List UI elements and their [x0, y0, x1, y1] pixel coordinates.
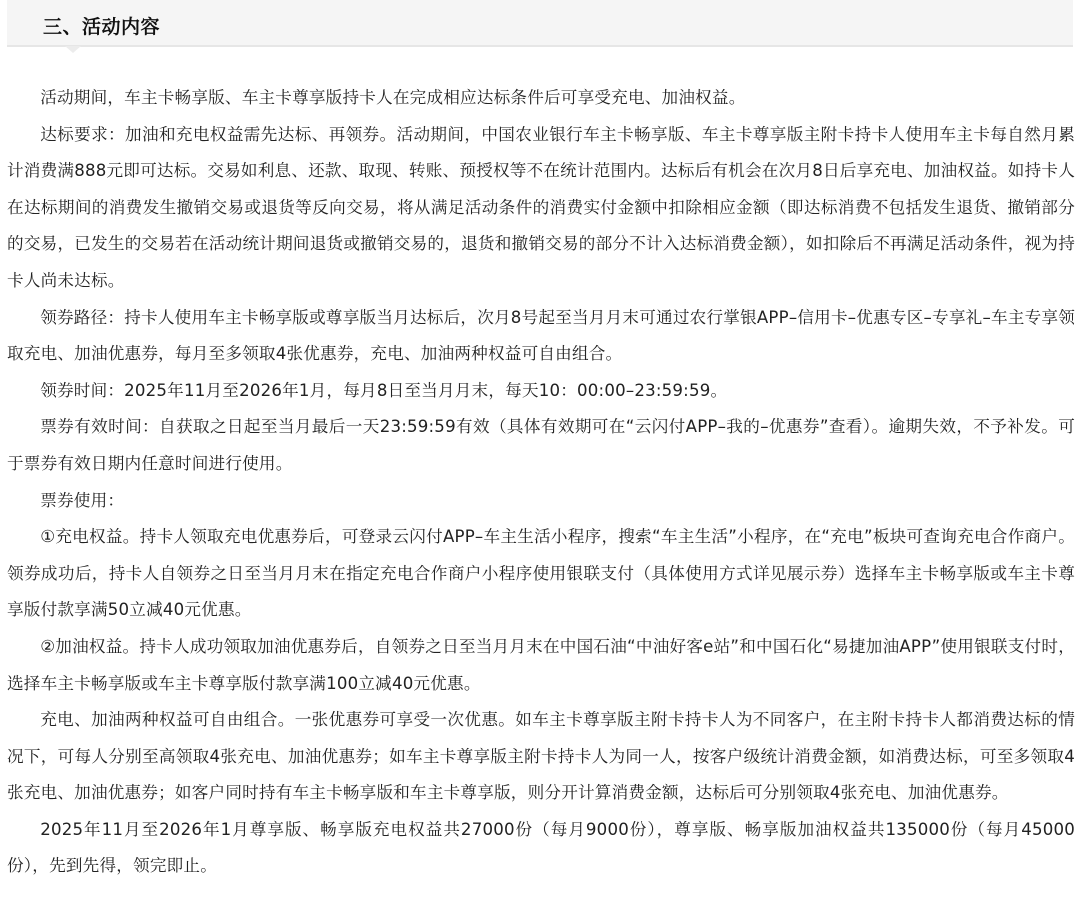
paragraph-usage-heading: 票券使用： [7, 483, 1075, 520]
paragraph-fuel-benefit: ②加油权益。持卡人成功领取加油优惠券后，自领券之日至当月月末在中国石油“中油好客… [7, 629, 1075, 702]
section-title: 三、活动内容 [43, 14, 160, 40]
paragraph-validity: 票券有效时间：自获取之日起至当月最后一天23:59:59有效（具体有效期可在“云… [7, 409, 1075, 482]
section-header: 三、活动内容 [7, 0, 1073, 47]
paragraph-qualification: 达标要求：加油和充电权益需先达标、再领券。活动期间，中国农业银行车主卡畅享版、车… [7, 117, 1075, 300]
paragraph-claim-time: 领券时间：2025年11月至2026年1月，每月8日至当月月末，每天10：00:… [7, 373, 1075, 410]
paragraph-quota: 2025年11月至2026年1月尊享版、畅享版充电权益共27000份（每月900… [7, 812, 1075, 885]
paragraph-intro: 活动期间，车主卡畅享版、车主卡尊享版持卡人在完成相应达标条件后可享受充电、加油权… [7, 80, 1075, 117]
activity-content: 活动期间，车主卡畅享版、车主卡尊享版持卡人在完成相应达标条件后可享受充电、加油权… [7, 80, 1075, 885]
paragraph-combination: 充电、加油两种权益可自由组合。一张优惠券可享受一次优惠。如车主卡尊享版主附卡持卡… [7, 702, 1075, 812]
header-notch [65, 46, 81, 53]
paragraph-charging-benefit: ①充电权益。持卡人领取充电优惠券后，可登录云闪付APP–车主生活小程序，搜索“车… [7, 519, 1075, 629]
paragraph-claim-path: 领券路径：持卡人使用车主卡畅享版或尊享版当月达标后，次月8号起至当月月末可通过农… [7, 300, 1075, 373]
